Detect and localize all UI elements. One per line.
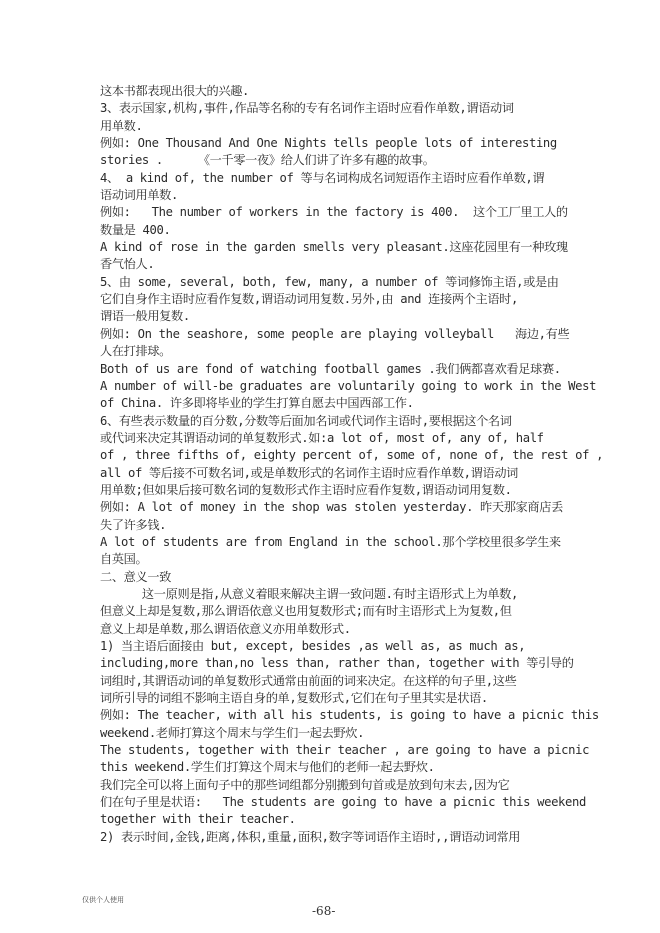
page-number: -68- [312,904,335,918]
text-line: Both of us are fond of watching football… [100,361,562,378]
text-line: 或代词来决定其谓语动词的单复数形式.如:a lot of, most of, a… [100,430,562,447]
text-line: 它们自身作主语时应看作复数,谓语动词用复数.另外,由 and 连接两个主语时, [100,291,562,308]
text-line: all of 等后接不可数名词,或是单数形式的名词作主语时应看作单数,谓语动词 [100,465,562,482]
text-line: 自英国。 [100,551,562,568]
text-line: 这一原则是指,从意义着眼来解决主谓一致问题.有时主语形式上为单数, [100,586,562,603]
text-line: weekend.老师打算这个周末与学生们一起去野炊. [100,725,562,742]
text-line: 3、表示国家,机构,事件,作品等名称的专有名词作主语时应看作单数,谓语动词 [100,100,562,117]
text-line: 例如: The teacher, with all his students, … [100,707,562,724]
text-line: 4、 a kind of, the number of 等与名词构成名词短语作主… [100,170,562,187]
text-line: of China. 许多即将毕业的学生打算自愿去中国西部工作. [100,395,562,412]
text-line: 数量是 400. [100,222,562,239]
text-line: 词所引导的词组不影响主语自身的单,复数形式,它们在句子里其实是状语. [100,690,562,707]
text-line: 用单数. [100,118,562,135]
text-line: 但意义上却是复数,那么谓语依意义也用复数形式;而有时主语形式上为复数,但 [100,603,562,620]
text-line: 例如: The number of workers in the factory… [100,204,562,221]
text-line: 词组时,其谓语动词的单复数形式通常由前面的词来决定。在这样的句子里,这些 [100,673,562,690]
text-line: 意义上却是单数,那么谓语依意义亦用单数形式. [100,621,562,638]
text-line: 谓语一般用复数. [100,308,562,325]
text-line: 这本书都表现出很大的兴趣. [100,83,562,100]
text-line: 香气怡人. [100,256,562,273]
text-line: A number of will-be graduates are volunt… [100,378,562,395]
text-line: 失了许多钱. [100,517,562,534]
text-line: 们在句子里是状语: The students are going to have… [100,794,562,811]
text-line: this weekend.学生们打算这个周末与他们的老师一起去野炊. [100,759,562,776]
text-line: including,more than,no less than, rather… [100,655,562,672]
text-line: together with their teacher. [100,811,562,828]
text-line: 1) 当主语后面接由 but, except, besides ,as well… [100,638,562,655]
text-line: 例如: A lot of money in the shop was stole… [100,499,562,516]
document-body: 这本书都表现出很大的兴趣. 3、表示国家,机构,事件,作品等名称的专有名词作主语… [100,83,562,846]
text-line: 我们完全可以将上面句子中的那些词组都分别搬到句首或是放到句末去,因为它 [100,777,562,794]
section-heading: 二、意义一致 [100,569,562,586]
text-line: of , three fifths of, eighty percent of,… [100,447,562,464]
text-line: stories . 《一千零一夜》给人们讲了许多有趣的故事。 [100,152,562,169]
text-line: 5、由 some, several, both, few, many, a nu… [100,274,562,291]
text-line: 例如: On the seashore, some people are pla… [100,326,562,343]
text-line: 语动词用单数. [100,187,562,204]
text-line: 例如: One Thousand And One Nights tells pe… [100,135,562,152]
text-line: 人在打排球。 [100,343,562,360]
text-line: 2) 表示时间,金钱,距离,体积,重量,面积,数字等词语作主语时,,谓语动词常用 [100,829,562,846]
text-line: 用单数;但如果后接可数名词的复数形式作主语时应看作复数,谓语动词用复数. [100,482,562,499]
text-line: The students, together with their teache… [100,742,562,759]
text-line: A lot of students are from England in th… [100,534,562,551]
footer-note: 仅供个人使用 [82,895,124,905]
text-line: A kind of rose in the garden smells very… [100,239,562,256]
text-line: 6、有些表示数量的百分数,分数等后面加名词或代词作主语时,要根据这个名词 [100,413,562,430]
